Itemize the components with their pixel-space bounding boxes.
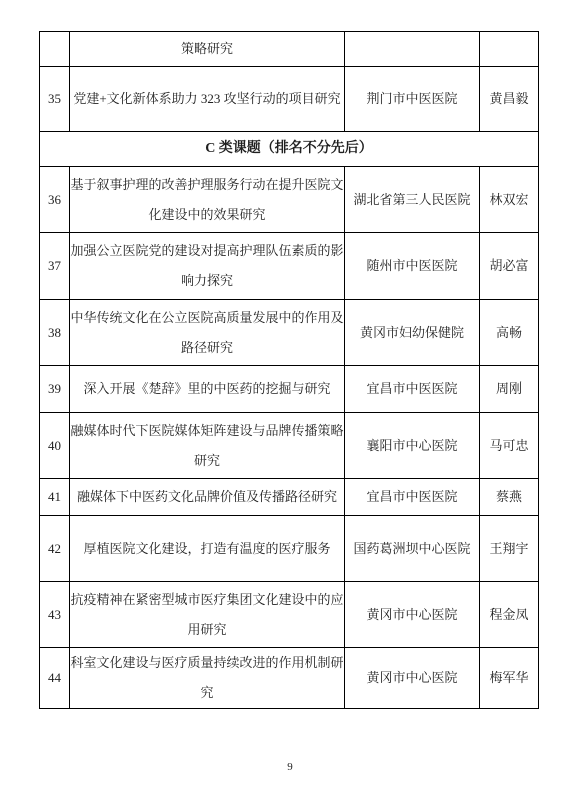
table-row: 策略研究 (40, 32, 539, 67)
row-number: 35 (40, 67, 70, 132)
project-title: 基于叙事护理的改善护理服务行动在提升医院文化建设中的效果研究 (70, 167, 345, 233)
hospital-name: 黄冈市中心医院 (345, 582, 480, 648)
project-title: 策略研究 (70, 32, 345, 67)
hospital-name: 湖北省第三人民医院 (345, 167, 480, 233)
section-header: C 类课题（排名不分先后） (40, 132, 539, 167)
hospital-name: 随州市中医医院 (345, 233, 480, 300)
table-row: 43 抗疫精神在紧密型城市医疗集团文化建设中的应用研究 黄冈市中心医院 程金凤 (40, 582, 539, 648)
table-row: 37 加强公立医院党的建设对提高护理队伍素质的影响力探究 随州市中医医院 胡必富 (40, 233, 539, 300)
document-page: 策略研究 35 党建+文化新体系助力 323 攻坚行动的项目研究 荆门市中医医院… (0, 0, 580, 795)
row-number: 38 (40, 300, 70, 366)
table-row: 42 厚植医院文化建设，打造有温度的医疗服务 国药葛洲坝中心医院 王翔宇 (40, 516, 539, 582)
hospital-name: 国药葛洲坝中心医院 (345, 516, 480, 582)
person-name: 高畅 (480, 300, 539, 366)
person-name: 蔡燕 (480, 479, 539, 516)
project-title: 融媒体下中医药文化品牌价值及传播路径研究 (70, 479, 345, 516)
project-title: 融媒体时代下医院媒体矩阵建设与品牌传播策略研究 (70, 413, 345, 479)
hospital-name: 宜昌市中医医院 (345, 479, 480, 516)
person-name: 王翔宇 (480, 516, 539, 582)
project-title: 抗疫精神在紧密型城市医疗集团文化建设中的应用研究 (70, 582, 345, 648)
person-name: 林双宏 (480, 167, 539, 233)
project-title: 加强公立医院党的建设对提高护理队伍素质的影响力探究 (70, 233, 345, 300)
row-number: 39 (40, 366, 70, 413)
row-number: 36 (40, 167, 70, 233)
table-row: 36 基于叙事护理的改善护理服务行动在提升医院文化建设中的效果研究 湖北省第三人… (40, 167, 539, 233)
person-name: 胡必富 (480, 233, 539, 300)
row-number (40, 32, 70, 67)
row-number: 44 (40, 648, 70, 709)
table-row: 35 党建+文化新体系助力 323 攻坚行动的项目研究 荆门市中医医院 黄昌毅 (40, 67, 539, 132)
section-header-row: C 类课题（排名不分先后） (40, 132, 539, 167)
project-title: 科室文化建设与医疗质量持续改进的作用机制研究 (70, 648, 345, 709)
table-row: 38 中华传统文化在公立医院高质量发展中的作用及路径研究 黄冈市妇幼保健院 高畅 (40, 300, 539, 366)
person-name: 马可忠 (480, 413, 539, 479)
project-title: 中华传统文化在公立医院高质量发展中的作用及路径研究 (70, 300, 345, 366)
table-row: 41 融媒体下中医药文化品牌价值及传播路径研究 宜昌市中医医院 蔡燕 (40, 479, 539, 516)
hospital-name (345, 32, 480, 67)
projects-table: 策略研究 35 党建+文化新体系助力 323 攻坚行动的项目研究 荆门市中医医院… (39, 31, 539, 709)
row-number: 41 (40, 479, 70, 516)
person-name: 梅军华 (480, 648, 539, 709)
person-name: 程金凤 (480, 582, 539, 648)
project-title: 党建+文化新体系助力 323 攻坚行动的项目研究 (70, 67, 345, 132)
row-number: 43 (40, 582, 70, 648)
hospital-name: 宜昌市中医医院 (345, 366, 480, 413)
row-number: 40 (40, 413, 70, 479)
person-name: 黄昌毅 (480, 67, 539, 132)
project-title: 深入开展《楚辞》里的中医药的挖掘与研究 (70, 366, 345, 413)
table-row: 44 科室文化建设与医疗质量持续改进的作用机制研究 黄冈市中心医院 梅军华 (40, 648, 539, 709)
row-number: 42 (40, 516, 70, 582)
table-row: 40 融媒体时代下医院媒体矩阵建设与品牌传播策略研究 襄阳市中心医院 马可忠 (40, 413, 539, 479)
person-name: 周刚 (480, 366, 539, 413)
hospital-name: 荆门市中医医院 (345, 67, 480, 132)
hospital-name: 黄冈市中心医院 (345, 648, 480, 709)
person-name (480, 32, 539, 67)
project-title: 厚植医院文化建设，打造有温度的医疗服务 (70, 516, 345, 582)
hospital-name: 黄冈市妇幼保健院 (345, 300, 480, 366)
hospital-name: 襄阳市中心医院 (345, 413, 480, 479)
row-number: 37 (40, 233, 70, 300)
table-row: 39 深入开展《楚辞》里的中医药的挖掘与研究 宜昌市中医医院 周刚 (40, 366, 539, 413)
page-number: 9 (0, 760, 580, 774)
